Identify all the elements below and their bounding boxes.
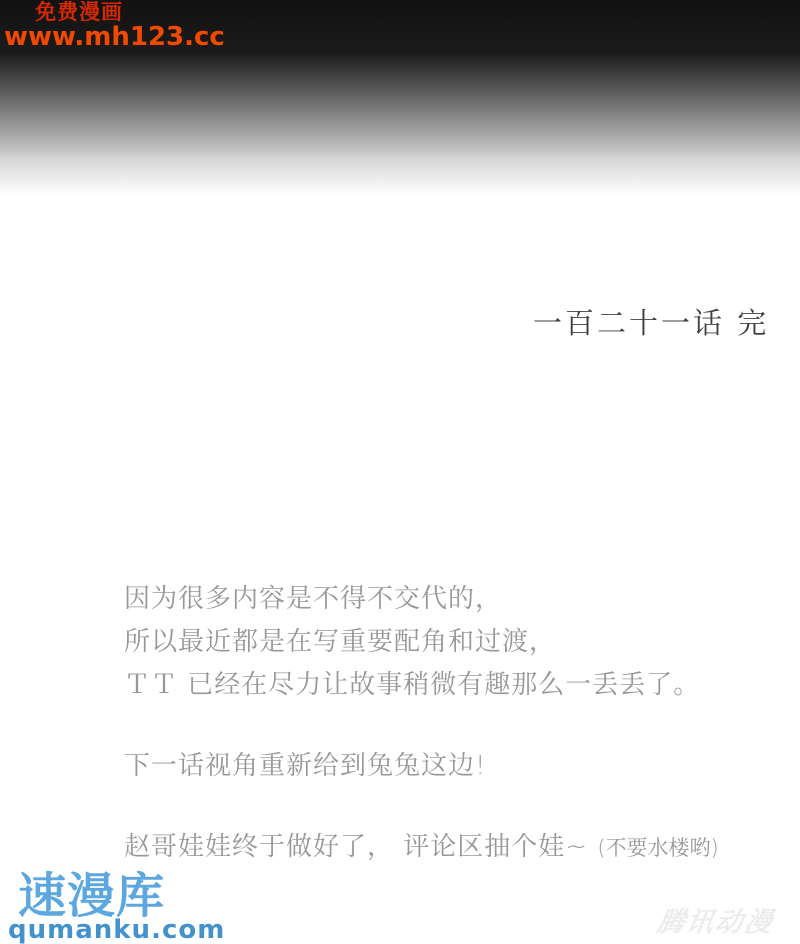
site-logo-domain: qumanku.com bbox=[8, 917, 225, 943]
site-logo-name: 速漫库 bbox=[18, 872, 225, 920]
giveaway-caution-text: (不要水楼哟) bbox=[597, 836, 718, 860]
site-logo: 速漫库 qumanku.com bbox=[8, 872, 225, 943]
author-note-line-4: 下一话视角重新给到兔兔这边! bbox=[124, 752, 486, 782]
watermark-slogan: 免费漫画 bbox=[4, 2, 154, 23]
author-note-giveaway-line: 赵哥娃娃终于做好了， 评论区抽个娃~ (不要水楼哟) bbox=[124, 833, 719, 863]
author-note-line-2: 所以最近都是在写重要配角和过渡， bbox=[124, 628, 556, 658]
comic-page: 免费漫画 www.mh123.cc 一百二十一话 完 因为很多内容是不得不交代的… bbox=[0, 0, 800, 944]
author-note-line-1: 因为很多内容是不得不交代的， bbox=[124, 585, 502, 615]
chapter-end-title: 一百二十一话 完 bbox=[533, 301, 769, 342]
author-note-line-3: ＴＴ 已经在尽力让故事稍微有趣那么一丢丢了。 bbox=[124, 671, 700, 701]
publisher-watermark: 腾讯动漫 bbox=[655, 900, 778, 939]
pirate-site-watermark: 免费漫画 www.mh123.cc bbox=[4, 2, 154, 50]
watermark-url: www.mh123.cc bbox=[4, 24, 154, 50]
giveaway-text: 赵哥娃娃终于做好了， 评论区抽个娃~ bbox=[124, 832, 597, 862]
